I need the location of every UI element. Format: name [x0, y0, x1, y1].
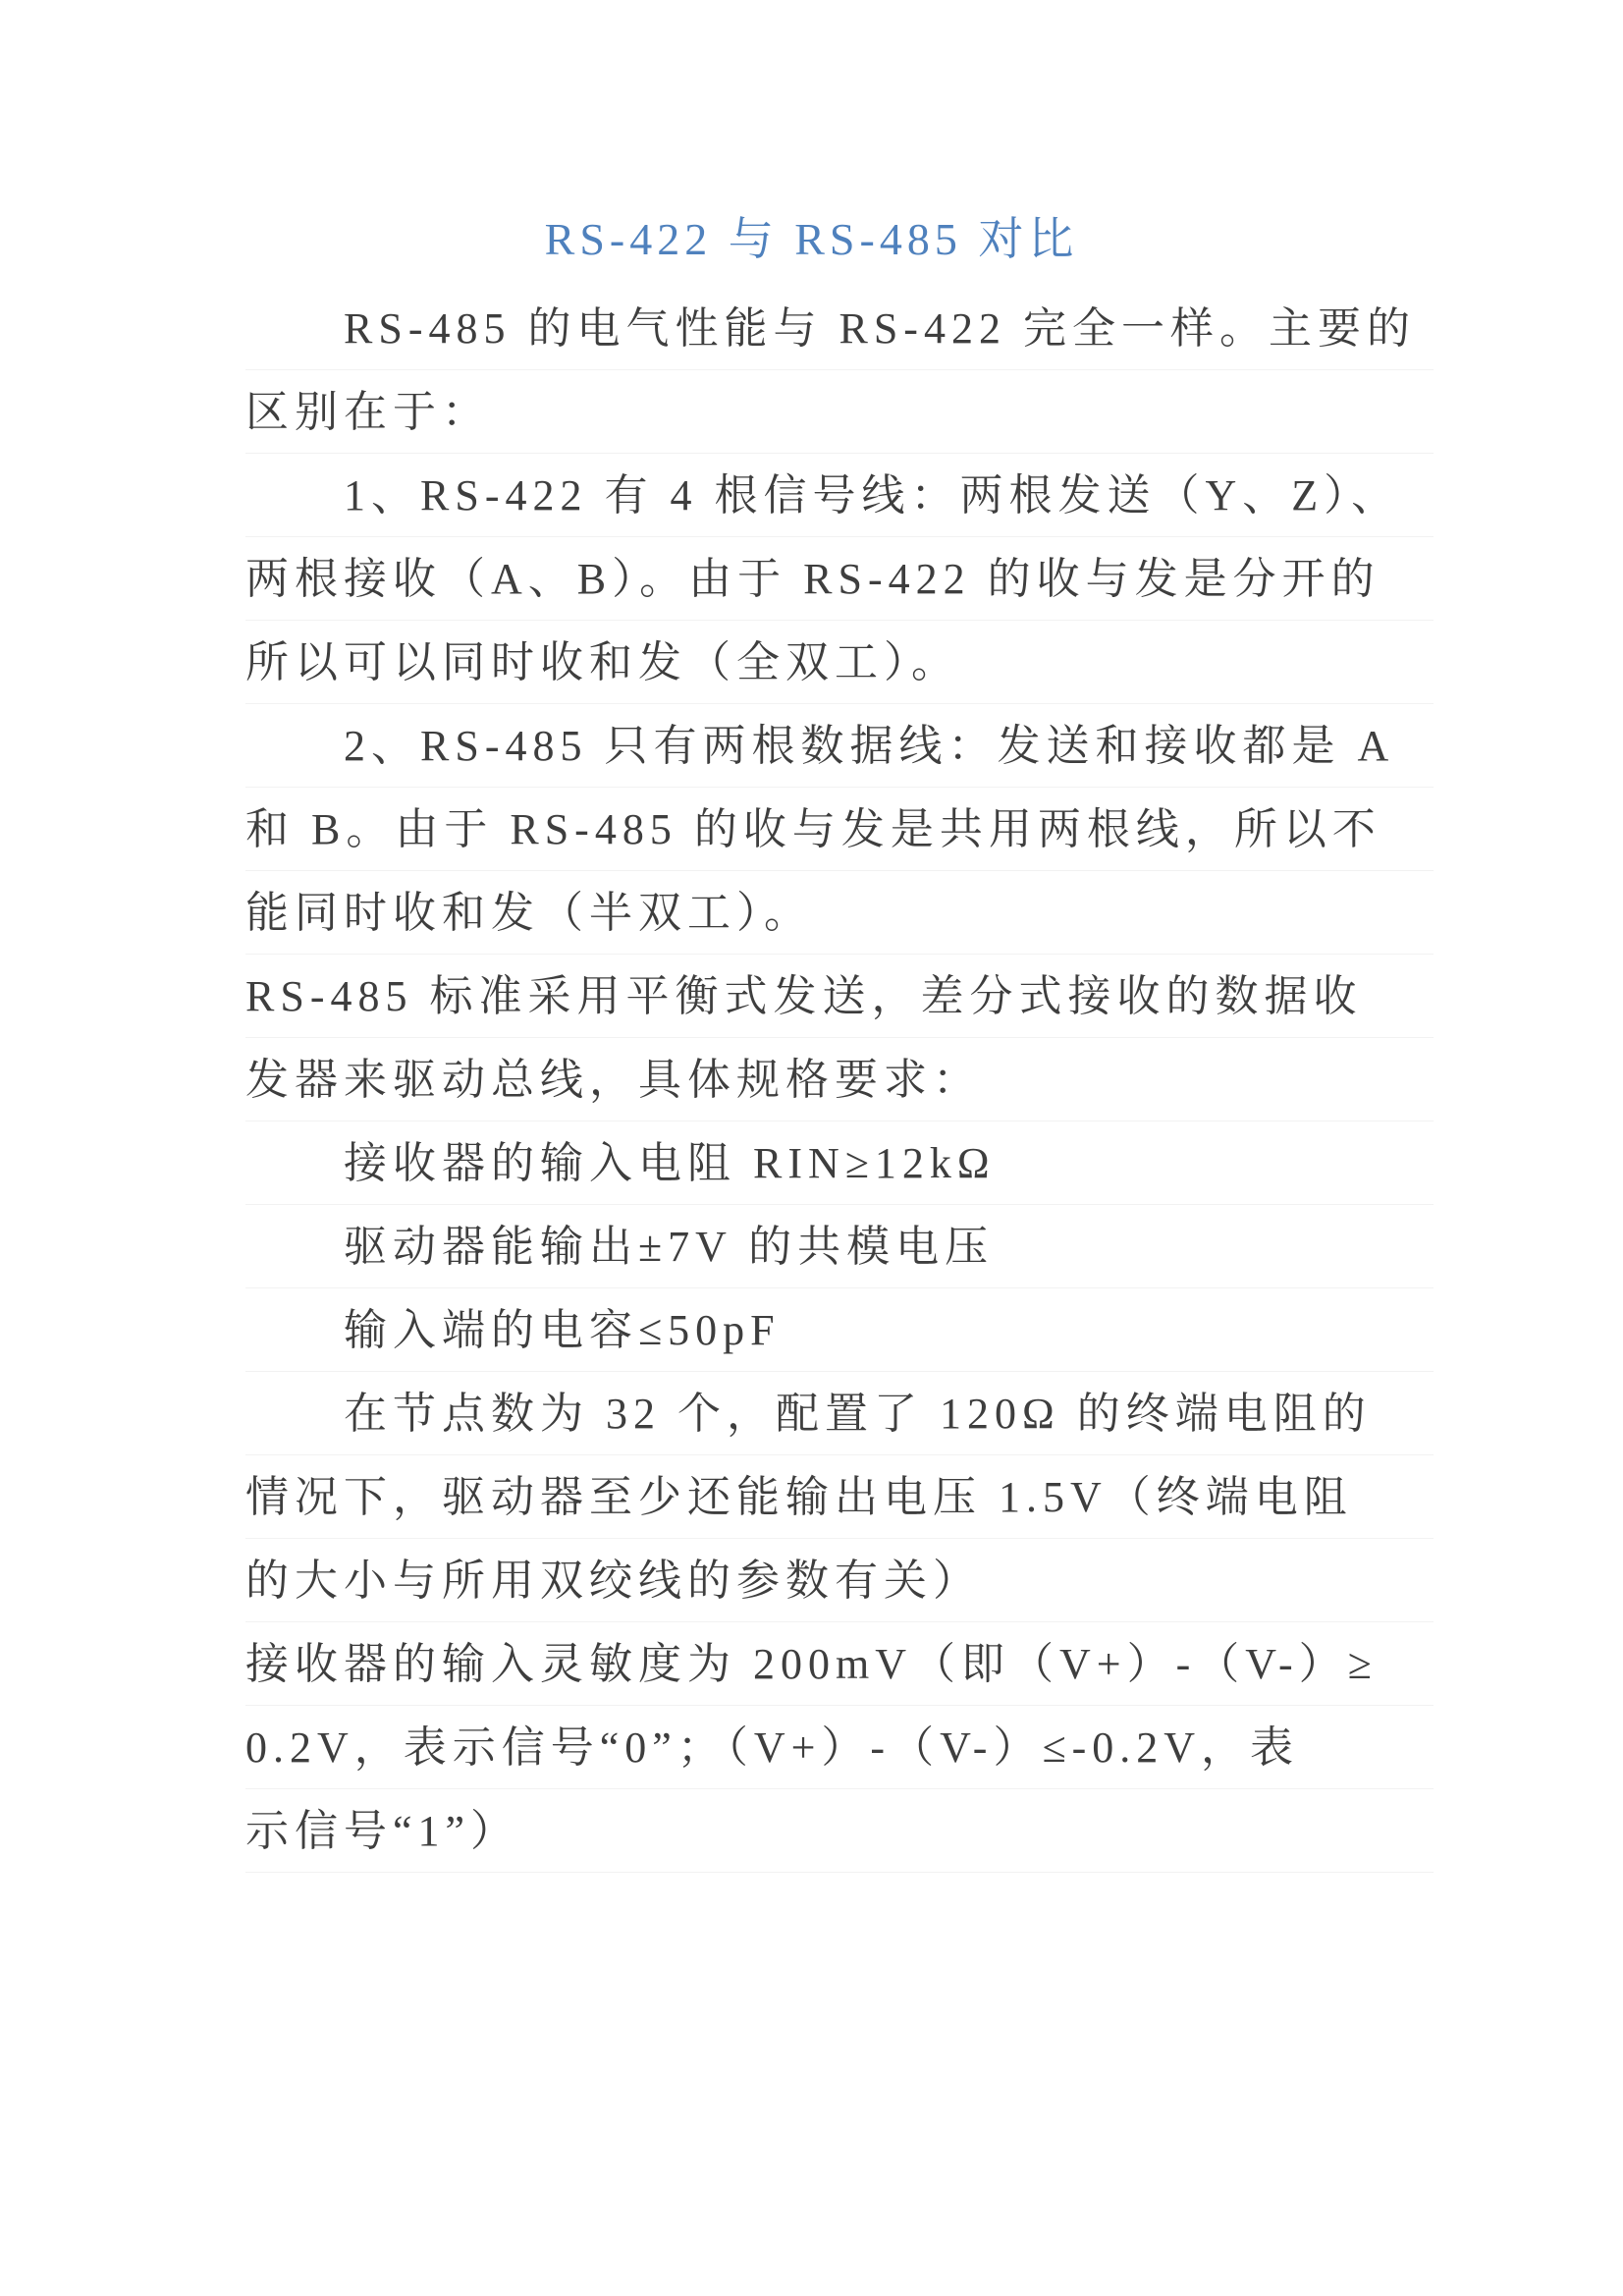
text-line: 区别在于：: [245, 370, 1434, 454]
text-line: 所以可以同时收和发（全双工）。: [245, 621, 1434, 704]
text-line: 接收器的输入电阻 RIN≥12kΩ: [245, 1121, 1434, 1205]
text-line: 0.2V，表示信号“0”；（V+）-（V-）≤-0.2V，表: [245, 1706, 1434, 1789]
text-line: 两根接收（A、B）。由于 RS-422 的收与发是分开的: [245, 537, 1434, 621]
text-line: 的大小与所用双绞线的参数有关）: [245, 1539, 1434, 1622]
text-line: 输入端的电容≤50pF: [245, 1288, 1434, 1372]
text-line: 发器来驱动总线，具体规格要求：: [245, 1038, 1434, 1121]
document-body: RS-485 的电气性能与 RS-422 完全一样。主要的区别在于：1、RS-4…: [245, 287, 1434, 1873]
text-line: RS-485 的电气性能与 RS-422 完全一样。主要的: [245, 287, 1434, 370]
document-title: RS-422 与 RS-485 对比: [0, 192, 1623, 287]
text-line: RS-485 标准采用平衡式发送，差分式接收的数据收: [245, 955, 1434, 1038]
text-line: 和 B。由于 RS-485 的收与发是共用两根线，所以不: [245, 788, 1434, 871]
text-line: 驱动器能输出±7V 的共模电压: [245, 1205, 1434, 1288]
text-line: 在节点数为 32 个，配置了 120Ω 的终端电阻的: [245, 1372, 1434, 1455]
text-line: 2、RS-485 只有两根数据线：发送和接收都是 A: [245, 704, 1434, 788]
text-line: 情况下，驱动器至少还能输出电压 1.5V（终端电阻: [245, 1455, 1434, 1539]
text-line: 接收器的输入灵敏度为 200mV（即（V+）-（V-）≥: [245, 1622, 1434, 1706]
text-line: 1、RS-422 有 4 根信号线：两根发送（Y、Z）、: [245, 454, 1434, 537]
text-line: 示信号“1”）: [245, 1789, 1434, 1873]
text-line: 能同时收和发（半双工）。: [245, 871, 1434, 955]
document-page: RS-422 与 RS-485 对比 RS-485 的电气性能与 RS-422 …: [0, 0, 1623, 2296]
